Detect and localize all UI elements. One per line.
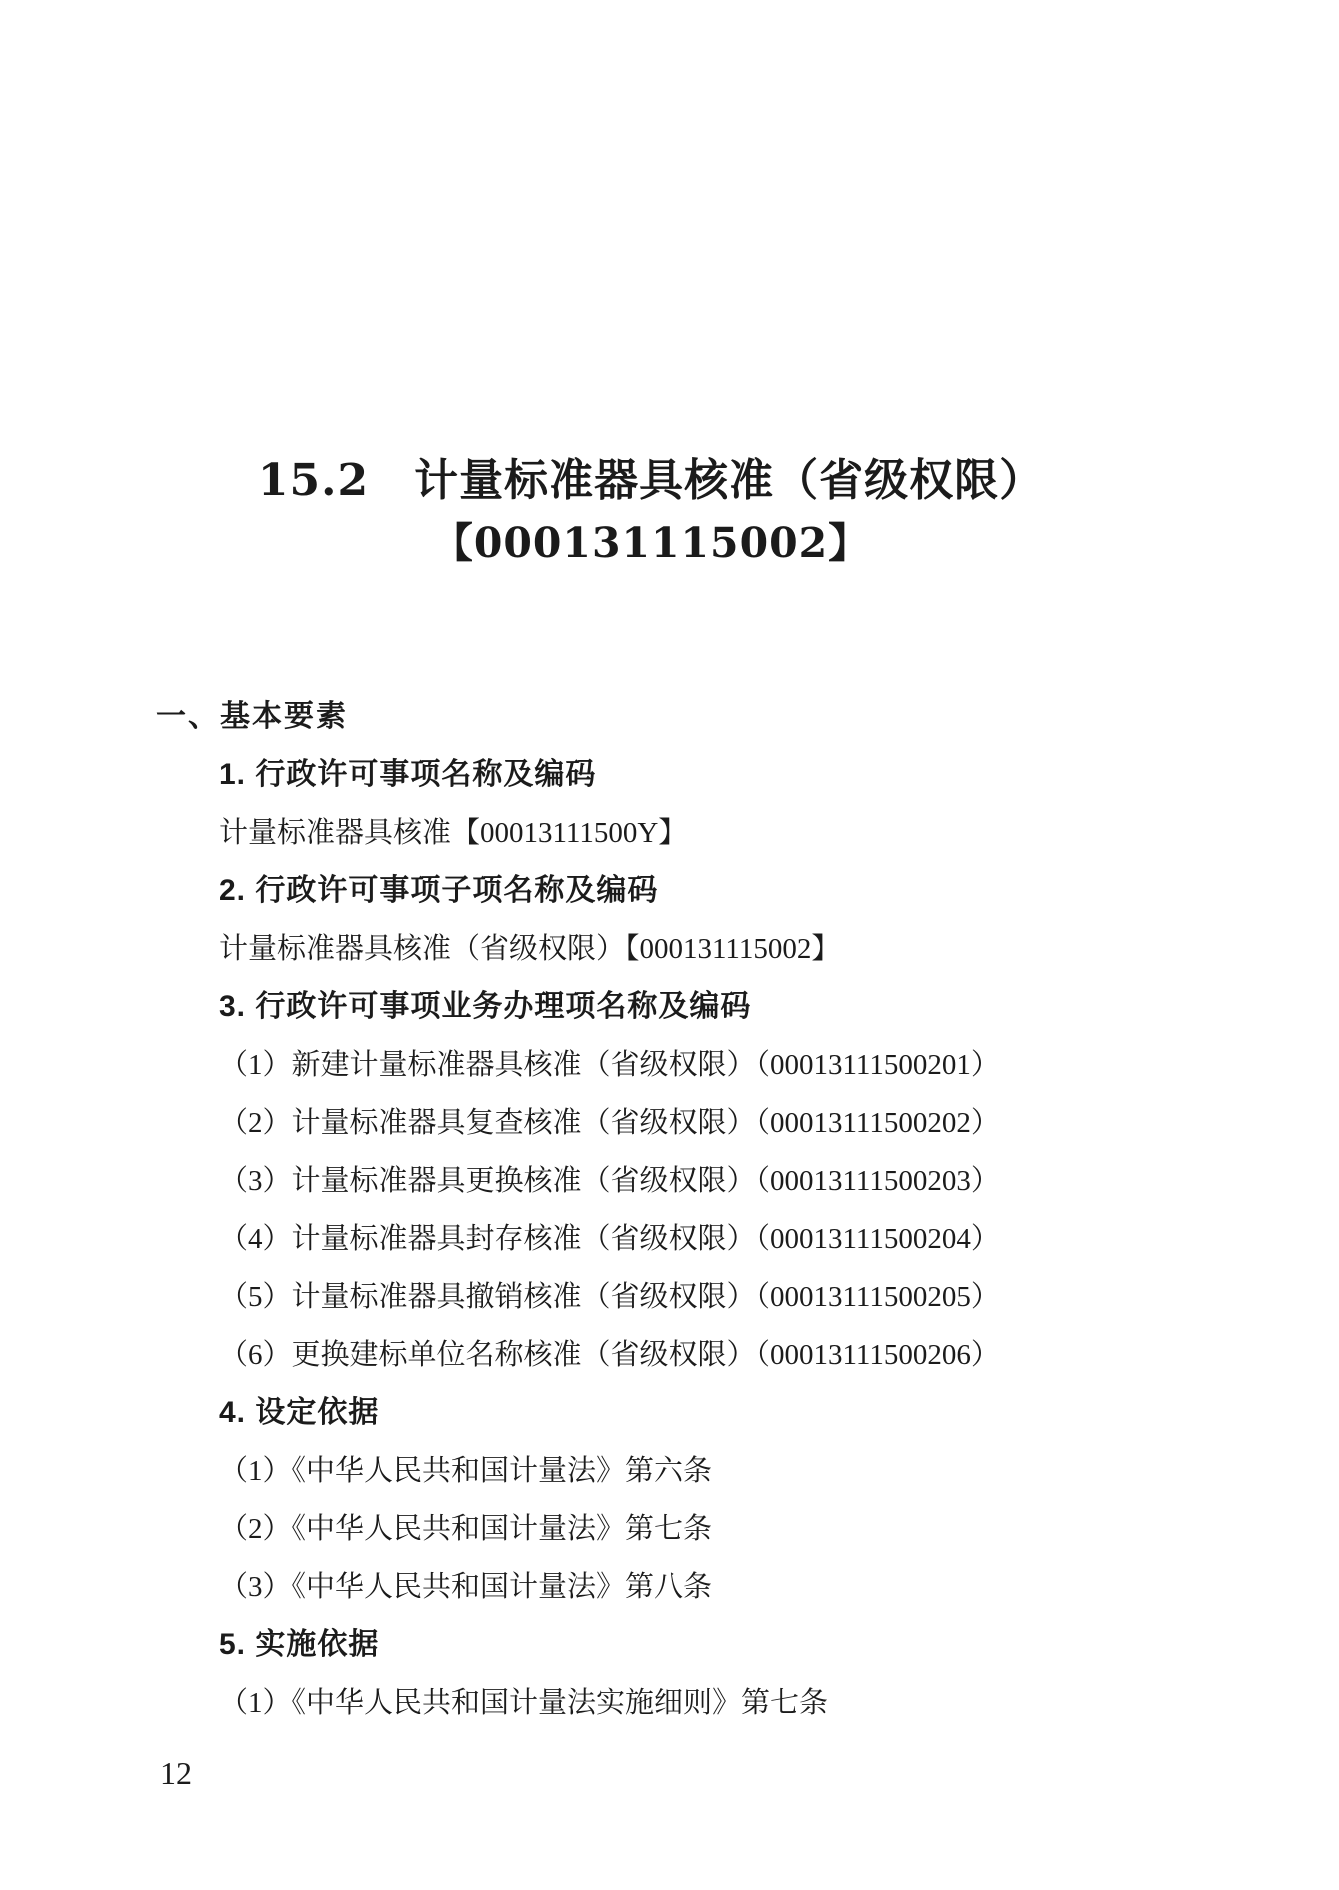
section-title: 15.2 计量标准器具核准（省级权限） <box>156 450 1146 512</box>
doc-line-text: （6）更换建标单位名称核准（省级权限）（00013111500206） <box>219 1339 1000 1371</box>
doc-line-text: 1. 行政许可事项名称及编码 <box>219 758 596 791</box>
doc-line-text: （2）计量标准器具复查核准（省级权限）（00013111500202） <box>219 1107 1000 1139</box>
doc-line-text: 计量标准器具核准【00013111500Y】 <box>219 817 687 849</box>
doc-line-heading: 4. 设定依据 <box>156 1384 1146 1442</box>
doc-line-text: （3）《中华人民共和国计量法》第八条 <box>219 1571 712 1603</box>
doc-line-body: 计量标准器具核准【00013111500Y】 <box>156 804 1146 862</box>
doc-line-body: （5）计量标准器具撤销核准（省级权限）（00013111500205） <box>156 1268 1146 1326</box>
section-title-block: 15.2 计量标准器具核准（省级权限） 【000131115002】 <box>156 450 1146 574</box>
doc-line-body: （3）计量标准器具更换核准（省级权限）（00013111500203） <box>156 1152 1146 1210</box>
doc-line-text: （5）计量标准器具撤销核准（省级权限）（00013111500205） <box>219 1281 1000 1313</box>
doc-line-body: （2）《中华人民共和国计量法》第七条 <box>156 1500 1146 1558</box>
doc-line-body: （1）《中华人民共和国计量法》第六条 <box>156 1442 1146 1500</box>
doc-line-body: （6）更换建标单位名称核准（省级权限）（00013111500206） <box>156 1326 1146 1384</box>
doc-line-body: （4）计量标准器具封存核准（省级权限）（00013111500204） <box>156 1210 1146 1268</box>
doc-line-text: （1）新建计量标准器具核准（省级权限）（00013111500201） <box>219 1049 1000 1081</box>
doc-line-text: 2. 行政许可事项子项名称及编码 <box>219 874 658 907</box>
doc-line-body: （2）计量标准器具复查核准（省级权限）（00013111500202） <box>156 1094 1146 1152</box>
doc-line-text: 3. 行政许可事项业务办理项名称及编码 <box>219 990 751 1023</box>
page-number: 12 <box>160 1752 192 1794</box>
doc-line-body: （1）新建计量标准器具核准（省级权限）（00013111500201） <box>156 1036 1146 1094</box>
doc-line-body: 计量标准器具核准（省级权限）【000131115002】 <box>156 920 1146 978</box>
doc-line-body: （1）《中华人民共和国计量法实施细则》第七条 <box>156 1674 1146 1732</box>
doc-line-text: （3）计量标准器具更换核准（省级权限）（00013111500203） <box>219 1165 1000 1197</box>
doc-line-heading: 5. 实施依据 <box>156 1616 1146 1674</box>
doc-line-section: 一、基本要素 <box>156 688 1146 746</box>
document-page: 15.2 计量标准器具核准（省级权限） 【000131115002】 一、基本要… <box>0 0 1339 1890</box>
content-column: 15.2 计量标准器具核准（省级权限） 【000131115002】 一、基本要… <box>156 0 1146 1890</box>
document-body: 一、基本要素1. 行政许可事项名称及编码计量标准器具核准【00013111500… <box>156 688 1146 1732</box>
doc-line-text: （4）计量标准器具封存核准（省级权限）（00013111500204） <box>219 1223 1000 1255</box>
doc-line-text: 计量标准器具核准（省级权限）【000131115002】 <box>219 933 840 965</box>
doc-line-text: 5. 实施依据 <box>219 1628 379 1661</box>
doc-line-body: （3）《中华人民共和国计量法》第八条 <box>156 1558 1146 1616</box>
doc-line-text: 一、基本要素 <box>156 700 348 733</box>
doc-line-heading: 2. 行政许可事项子项名称及编码 <box>156 862 1146 920</box>
section-code: 【000131115002】 <box>156 512 1146 574</box>
doc-line-text: 4. 设定依据 <box>219 1396 379 1429</box>
doc-line-text: （2）《中华人民共和国计量法》第七条 <box>219 1513 712 1545</box>
doc-line-heading: 1. 行政许可事项名称及编码 <box>156 746 1146 804</box>
doc-line-text: （1）《中华人民共和国计量法》第六条 <box>219 1455 712 1487</box>
doc-line-text: （1）《中华人民共和国计量法实施细则》第七条 <box>219 1687 828 1719</box>
doc-line-heading: 3. 行政许可事项业务办理项名称及编码 <box>156 978 1146 1036</box>
